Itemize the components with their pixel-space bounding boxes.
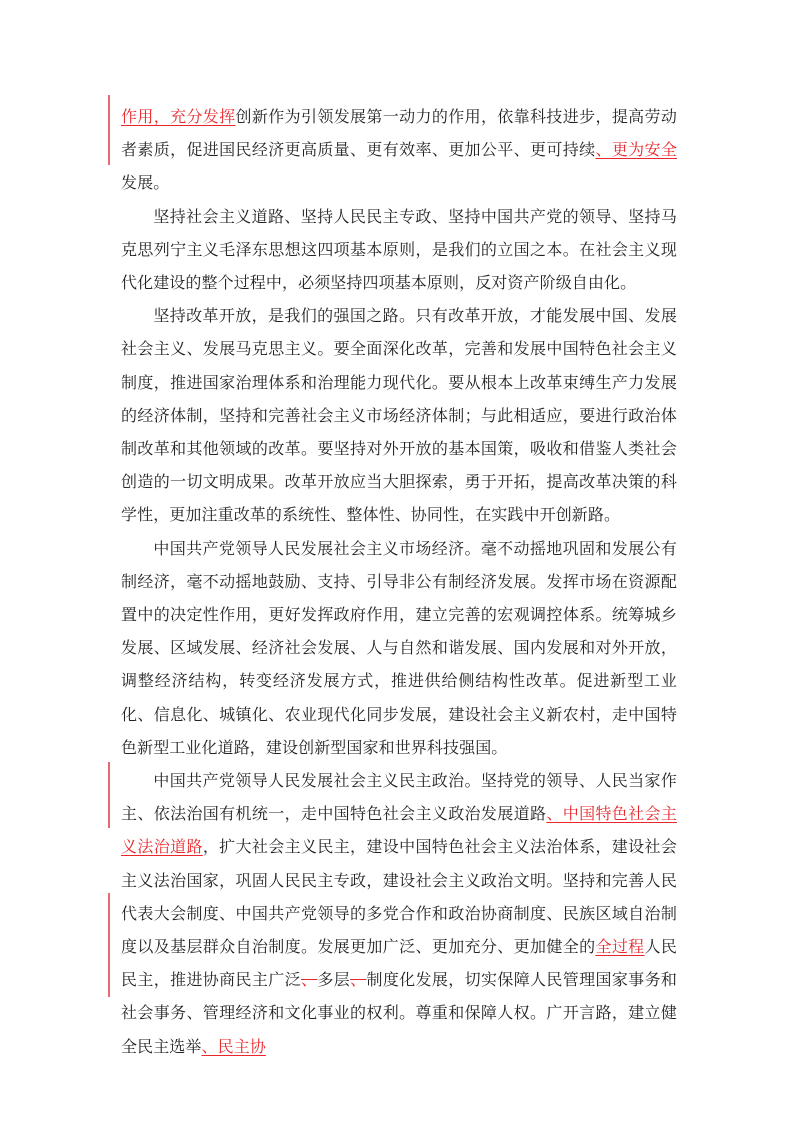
paragraph: 坚持改革开放，是我们的强国之路。只有改革开放，才能发展中国、发展社会主义、发展马… — [121, 299, 677, 531]
paragraph: 坚持社会主义道路、坚持人民民主专政、坚持中国共产党的领导、坚持马克思列宁主义毛泽… — [121, 200, 677, 300]
text-run: 中国共产党领导人民发展社会主义市场经济。毫不动摇地巩固和发展公有制经济，毫不动摇… — [121, 539, 677, 757]
text-run: ，扩大社会主义民主，建设中国特色社会主义法治体系，建设社会主义法治国家，巩固人民… — [121, 837, 677, 956]
document-page: 作用，充分发挥创新作为引领发展第一动力的作用，依靠科技进步，提高劳动者素质，促进… — [0, 0, 793, 1121]
paragraph: 中国共产党领导人民发展社会主义市场经济。毫不动摇地巩固和发展公有制经济，毫不动摇… — [121, 532, 677, 764]
tracked-deletion: 、 — [301, 970, 317, 989]
paragraph: 中国共产党领导人民发展社会主义民主政治。坚持党的领导、人民当家作主、依法治国有机… — [121, 764, 677, 1063]
change-bar — [108, 893, 110, 997]
paragraph: 作用，充分发挥创新作为引领发展第一动力的作用，依靠科技进步，提高劳动者素质，促进… — [121, 100, 677, 200]
change-bar — [108, 95, 110, 165]
change-bar — [108, 762, 110, 828]
tracked-insertion: 作用，充分发挥 — [121, 107, 236, 126]
tracked-insertion: 、更为安全 — [595, 140, 677, 159]
text-run: 多层 — [317, 970, 350, 989]
tracked-deletion: 、 — [350, 970, 366, 989]
text-run: 发展。 — [121, 173, 169, 192]
text-run: 坚持社会主义道路、坚持人民民主专政、坚持中国共产党的领导、坚持马克思列宁主义毛泽… — [121, 207, 677, 292]
tracked-insertion: 、民主协 — [202, 1037, 266, 1056]
document-body[interactable]: 作用，充分发挥创新作为引领发展第一动力的作用，依靠科技进步，提高劳动者素质，促进… — [121, 100, 677, 1063]
tracked-insertion: 全过程 — [595, 937, 644, 956]
text-run: 坚持改革开放，是我们的强国之路。只有改革开放，才能发展中国、发展社会主义、发展马… — [121, 306, 677, 524]
